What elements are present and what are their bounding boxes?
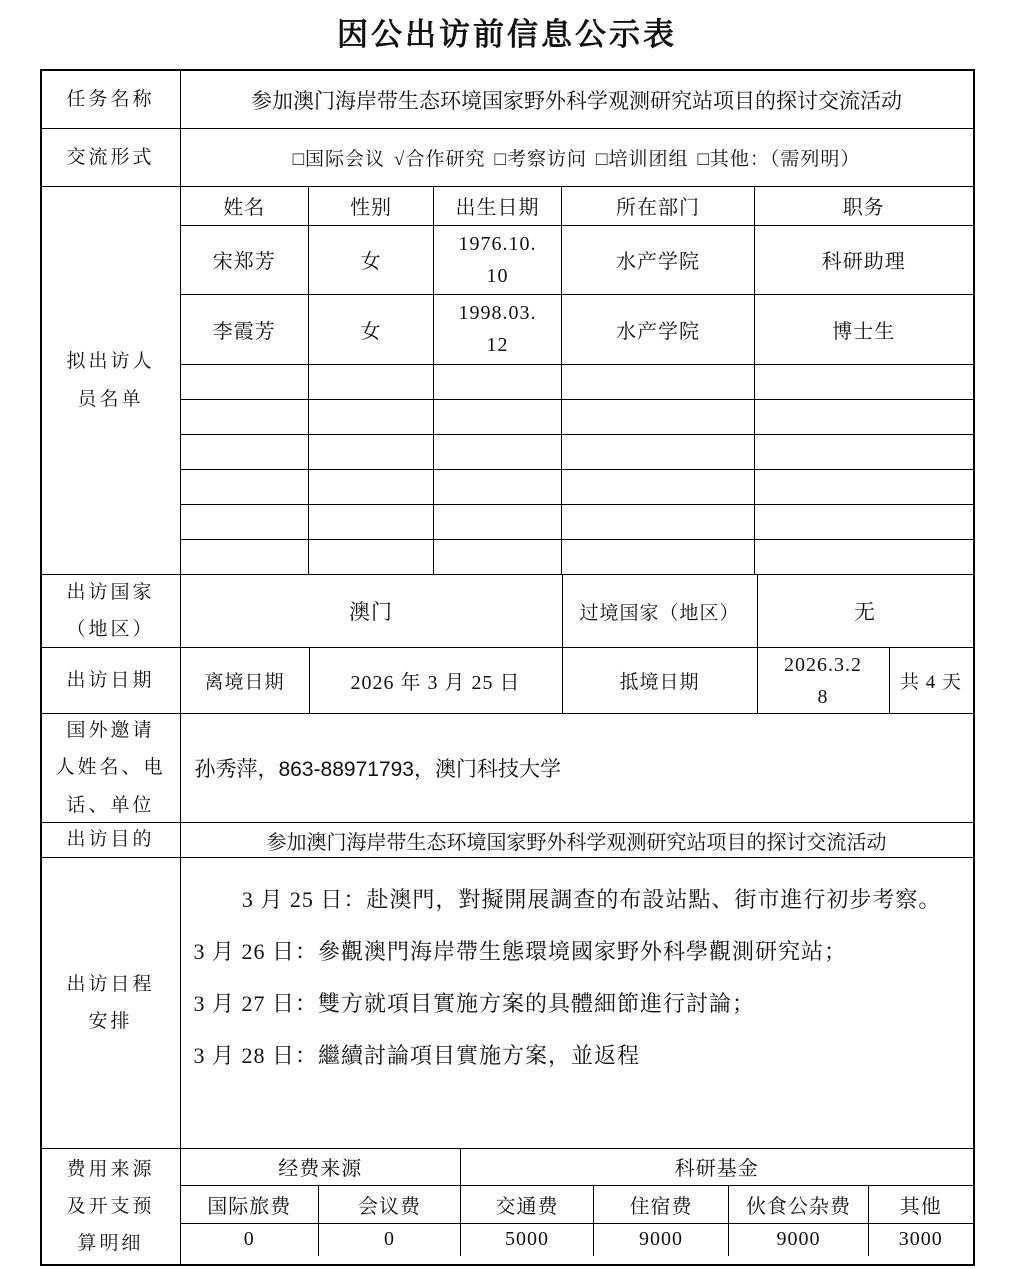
personnel-header-gender: 性别 (309, 187, 434, 225)
checkbox-cooperative-research: √合作研究 (394, 144, 485, 171)
budget-col-accommodation: 住宿费 (594, 1185, 729, 1223)
band-purpose: 出访目的 参加澳门海岸带生态环境国家野外科学观测研究站项目的探讨交流活动 (42, 822, 973, 857)
personnel-row: 李霞芳 女 1998.03.12 水产学院 博士生 (181, 294, 973, 364)
itinerary-text: 3 月 25 日：赴澳門，對擬開展調查的布設站點、街市進行初步考察。 3 月 2… (181, 858, 973, 1148)
checkbox-other: □其他：（需列明） (697, 144, 860, 171)
band-destination: 出访国家 （地区） 澳门 过境国家（地区） 无 (42, 574, 973, 647)
department-cell: 水产学院 (562, 294, 755, 364)
form-table: 任务名称 参加澳门海岸带生态环境国家野外科学观测研究站项目的探讨交流活动 交流形… (40, 69, 975, 1266)
empty-cell (562, 469, 755, 504)
transit-label: 过境国家（地区） (562, 575, 757, 647)
empty-cell (755, 504, 973, 539)
checkbox-training-group: □培训团组 (596, 144, 688, 171)
empty-cell (562, 539, 755, 574)
budget-col-other: 其他 (869, 1185, 973, 1223)
budget-value-transportation: 5000 (461, 1223, 594, 1256)
empty-cell (434, 469, 562, 504)
budget-table: 经费来源 科研基金 国际旅费 会议费 交通费 住宿费 伙食公杂费 其他 0 0 (181, 1149, 973, 1256)
personnel-header-department: 所在部门 (562, 187, 755, 225)
budget-value-other: 3000 (869, 1223, 973, 1256)
gender-cell: 女 (309, 294, 434, 364)
destination-value: 澳门 (181, 575, 562, 647)
birthdate-value: 1976.10.10 (459, 228, 537, 292)
name-cell: 宋郑芳 (181, 225, 309, 294)
budget-col-conference-fee: 会议费 (319, 1185, 461, 1223)
itinerary-label: 出访日程 安排 (42, 858, 181, 1148)
band-exchange-format: 交流形式 □国际会议 √合作研究 □考察访问 □培训团组 □其他：（需列明） (42, 128, 973, 186)
empty-cell (309, 504, 434, 539)
personnel-table: 姓名 性别 出生日期 所在部门 职务 宋郑芳 女 1976.10.10 水产学院… (181, 187, 973, 574)
personnel-row: 宋郑芳 女 1976.10.10 水产学院 科研助理 (181, 225, 973, 294)
page: 因公出访前信息公示表 任务名称 参加澳门海岸带生态环境国家野外科学观测研究站项目… (0, 0, 1014, 1269)
empty-cell (755, 364, 973, 399)
personnel-empty-row (181, 364, 973, 399)
arrival-date-cell: 2026.3.28 (757, 648, 889, 713)
inviter-label: 国外邀请 人姓名、电 话、单位 (42, 714, 181, 822)
destination-cells: 澳门 过境国家（地区） 无 (181, 575, 973, 647)
personnel-header-birthdate: 出生日期 (434, 187, 562, 225)
personnel-empty-row (181, 539, 973, 574)
departure-date-value: 2026 年 3 月 25 日 (309, 648, 562, 713)
department-cell: 水产学院 (562, 225, 755, 294)
empty-cell (562, 434, 755, 469)
arrival-date-value: 2026.3.28 (784, 649, 862, 713)
empty-cell (562, 364, 755, 399)
budget-source-row: 经费来源 科研基金 (181, 1149, 973, 1185)
band-dates: 出访日期 离境日期 2026 年 3 月 25 日 抵境日期 2026.3.28… (42, 647, 973, 713)
empty-cell (181, 469, 309, 504)
personnel-table-wrap: 姓名 性别 出生日期 所在部门 职务 宋郑芳 女 1976.10.10 水产学院… (181, 187, 973, 574)
empty-cell (181, 434, 309, 469)
personnel-empty-row (181, 504, 973, 539)
empty-cell (434, 504, 562, 539)
empty-cell (755, 399, 973, 434)
departure-date-label: 离境日期 (181, 648, 309, 713)
budget-value-conference-fee: 0 (319, 1223, 461, 1256)
band-personnel: 拟出访人 员名单 姓名 性别 出生日期 所在部门 职务 宋郑芳 (42, 186, 973, 574)
transit-value: 无 (757, 575, 973, 647)
budget-col-meals-misc: 伙食公杂费 (729, 1185, 869, 1223)
empty-cell (562, 504, 755, 539)
empty-cell (309, 469, 434, 504)
budget-label: 费用来源 及开支预 算明细 (42, 1149, 181, 1264)
empty-cell (434, 539, 562, 574)
purpose-label: 出访目的 (42, 823, 181, 857)
fund-name-header: 科研基金 (461, 1149, 973, 1185)
budget-values-row: 0 0 5000 9000 9000 3000 (181, 1223, 973, 1256)
itinerary-day-2: 3 月 26 日：參觀澳門海岸帶生態環境國家野外科學觀測研究站； (194, 926, 955, 978)
destination-label: 出访国家 （地区） (42, 575, 181, 647)
empty-cell (434, 364, 562, 399)
position-cell: 科研助理 (755, 225, 973, 294)
personnel-empty-row (181, 399, 973, 434)
inviter-value: 孙秀萍，863-88971793，澳门科技大学 (181, 753, 561, 783)
empty-cell (755, 539, 973, 574)
budget-columns-row: 国际旅费 会议费 交通费 住宿费 伙食公杂费 其他 (181, 1185, 973, 1223)
itinerary-day-3: 3 月 27 日：雙方就項目實施方案的具體細節進行討論； (194, 978, 955, 1030)
dates-cells: 离境日期 2026 年 3 月 25 日 抵境日期 2026.3.28 共 4 … (181, 648, 973, 713)
empty-cell (562, 399, 755, 434)
document-title: 因公出访前信息公示表 (0, 0, 1014, 54)
empty-cell (181, 539, 309, 574)
position-cell: 博士生 (755, 294, 973, 364)
checkbox-inspection-visit: □考察访问 (494, 144, 586, 171)
budget-value-accommodation: 9000 (594, 1223, 729, 1256)
name-cell: 李霞芳 (181, 294, 309, 364)
budget-col-transportation: 交通费 (461, 1185, 594, 1223)
personnel-header-position: 职务 (755, 187, 973, 225)
band-inviter: 国外邀请 人姓名、电 话、单位 孙秀萍，863-88971793，澳门科技大学 (42, 713, 973, 822)
empty-cell (755, 469, 973, 504)
empty-cell (309, 399, 434, 434)
empty-cell (434, 399, 562, 434)
empty-cell (755, 434, 973, 469)
empty-cell (181, 504, 309, 539)
budget-col-international-travel: 国际旅费 (181, 1185, 319, 1223)
empty-cell (309, 434, 434, 469)
personnel-empty-row (181, 434, 973, 469)
task-value: 参加澳门海岸带生态环境国家野外科学观测研究站项目的探讨交流活动 (181, 71, 973, 128)
band-budget: 费用来源 及开支预 算明细 经费来源 科研基金 国际旅费 会议费 交通费 住宿费 (42, 1148, 973, 1264)
birthdate-cell: 1998.03.12 (434, 294, 562, 364)
itinerary-day-4: 3 月 28 日：繼續討論項目實施方案，並返程 (194, 1030, 955, 1082)
budget-value-international-travel: 0 (181, 1223, 319, 1256)
budget-value-meals-misc: 9000 (729, 1223, 869, 1256)
personnel-empty-row (181, 469, 973, 504)
band-task: 任务名称 参加澳门海岸带生态环境国家野外科学观测研究站项目的探讨交流活动 (42, 71, 973, 128)
gender-cell: 女 (309, 225, 434, 294)
empty-cell (181, 399, 309, 434)
birthdate-value: 1998.03.12 (459, 297, 537, 361)
band-itinerary: 出访日程 安排 3 月 25 日：赴澳門，對擬開展調查的布設站點、街市進行初步考… (42, 857, 973, 1148)
exchange-options: □国际会议 √合作研究 □考察访问 □培训团组 □其他：（需列明） (181, 129, 973, 186)
budget-table-wrap: 经费来源 科研基金 国际旅费 会议费 交通费 住宿费 伙食公杂费 其他 0 0 (181, 1149, 973, 1264)
birthdate-cell: 1976.10.10 (434, 225, 562, 294)
personnel-header-name: 姓名 (181, 187, 309, 225)
empty-cell (181, 364, 309, 399)
exchange-format-label: 交流形式 (42, 129, 181, 186)
empty-cell (309, 539, 434, 574)
empty-cell (434, 434, 562, 469)
funding-source-header: 经费来源 (181, 1149, 461, 1185)
dates-label: 出访日期 (42, 648, 181, 713)
task-label: 任务名称 (42, 71, 181, 128)
itinerary-day-1: 3 月 25 日：赴澳門，對擬開展調查的布設站點、街市進行初步考察。 (194, 874, 955, 926)
inviter-value-cell: 孙秀萍，863-88971793，澳门科技大学 (181, 714, 973, 822)
empty-cell (309, 364, 434, 399)
trip-duration: 共 4 天 (889, 648, 973, 713)
arrival-date-label: 抵境日期 (562, 648, 757, 713)
checkbox-international-conference: □国际会议 (293, 144, 385, 171)
personnel-header-row: 姓名 性别 出生日期 所在部门 职务 (181, 187, 973, 225)
purpose-value: 参加澳门海岸带生态环境国家野外科学观测研究站项目的探讨交流活动 (181, 823, 973, 857)
personnel-label: 拟出访人 员名单 (42, 187, 181, 574)
